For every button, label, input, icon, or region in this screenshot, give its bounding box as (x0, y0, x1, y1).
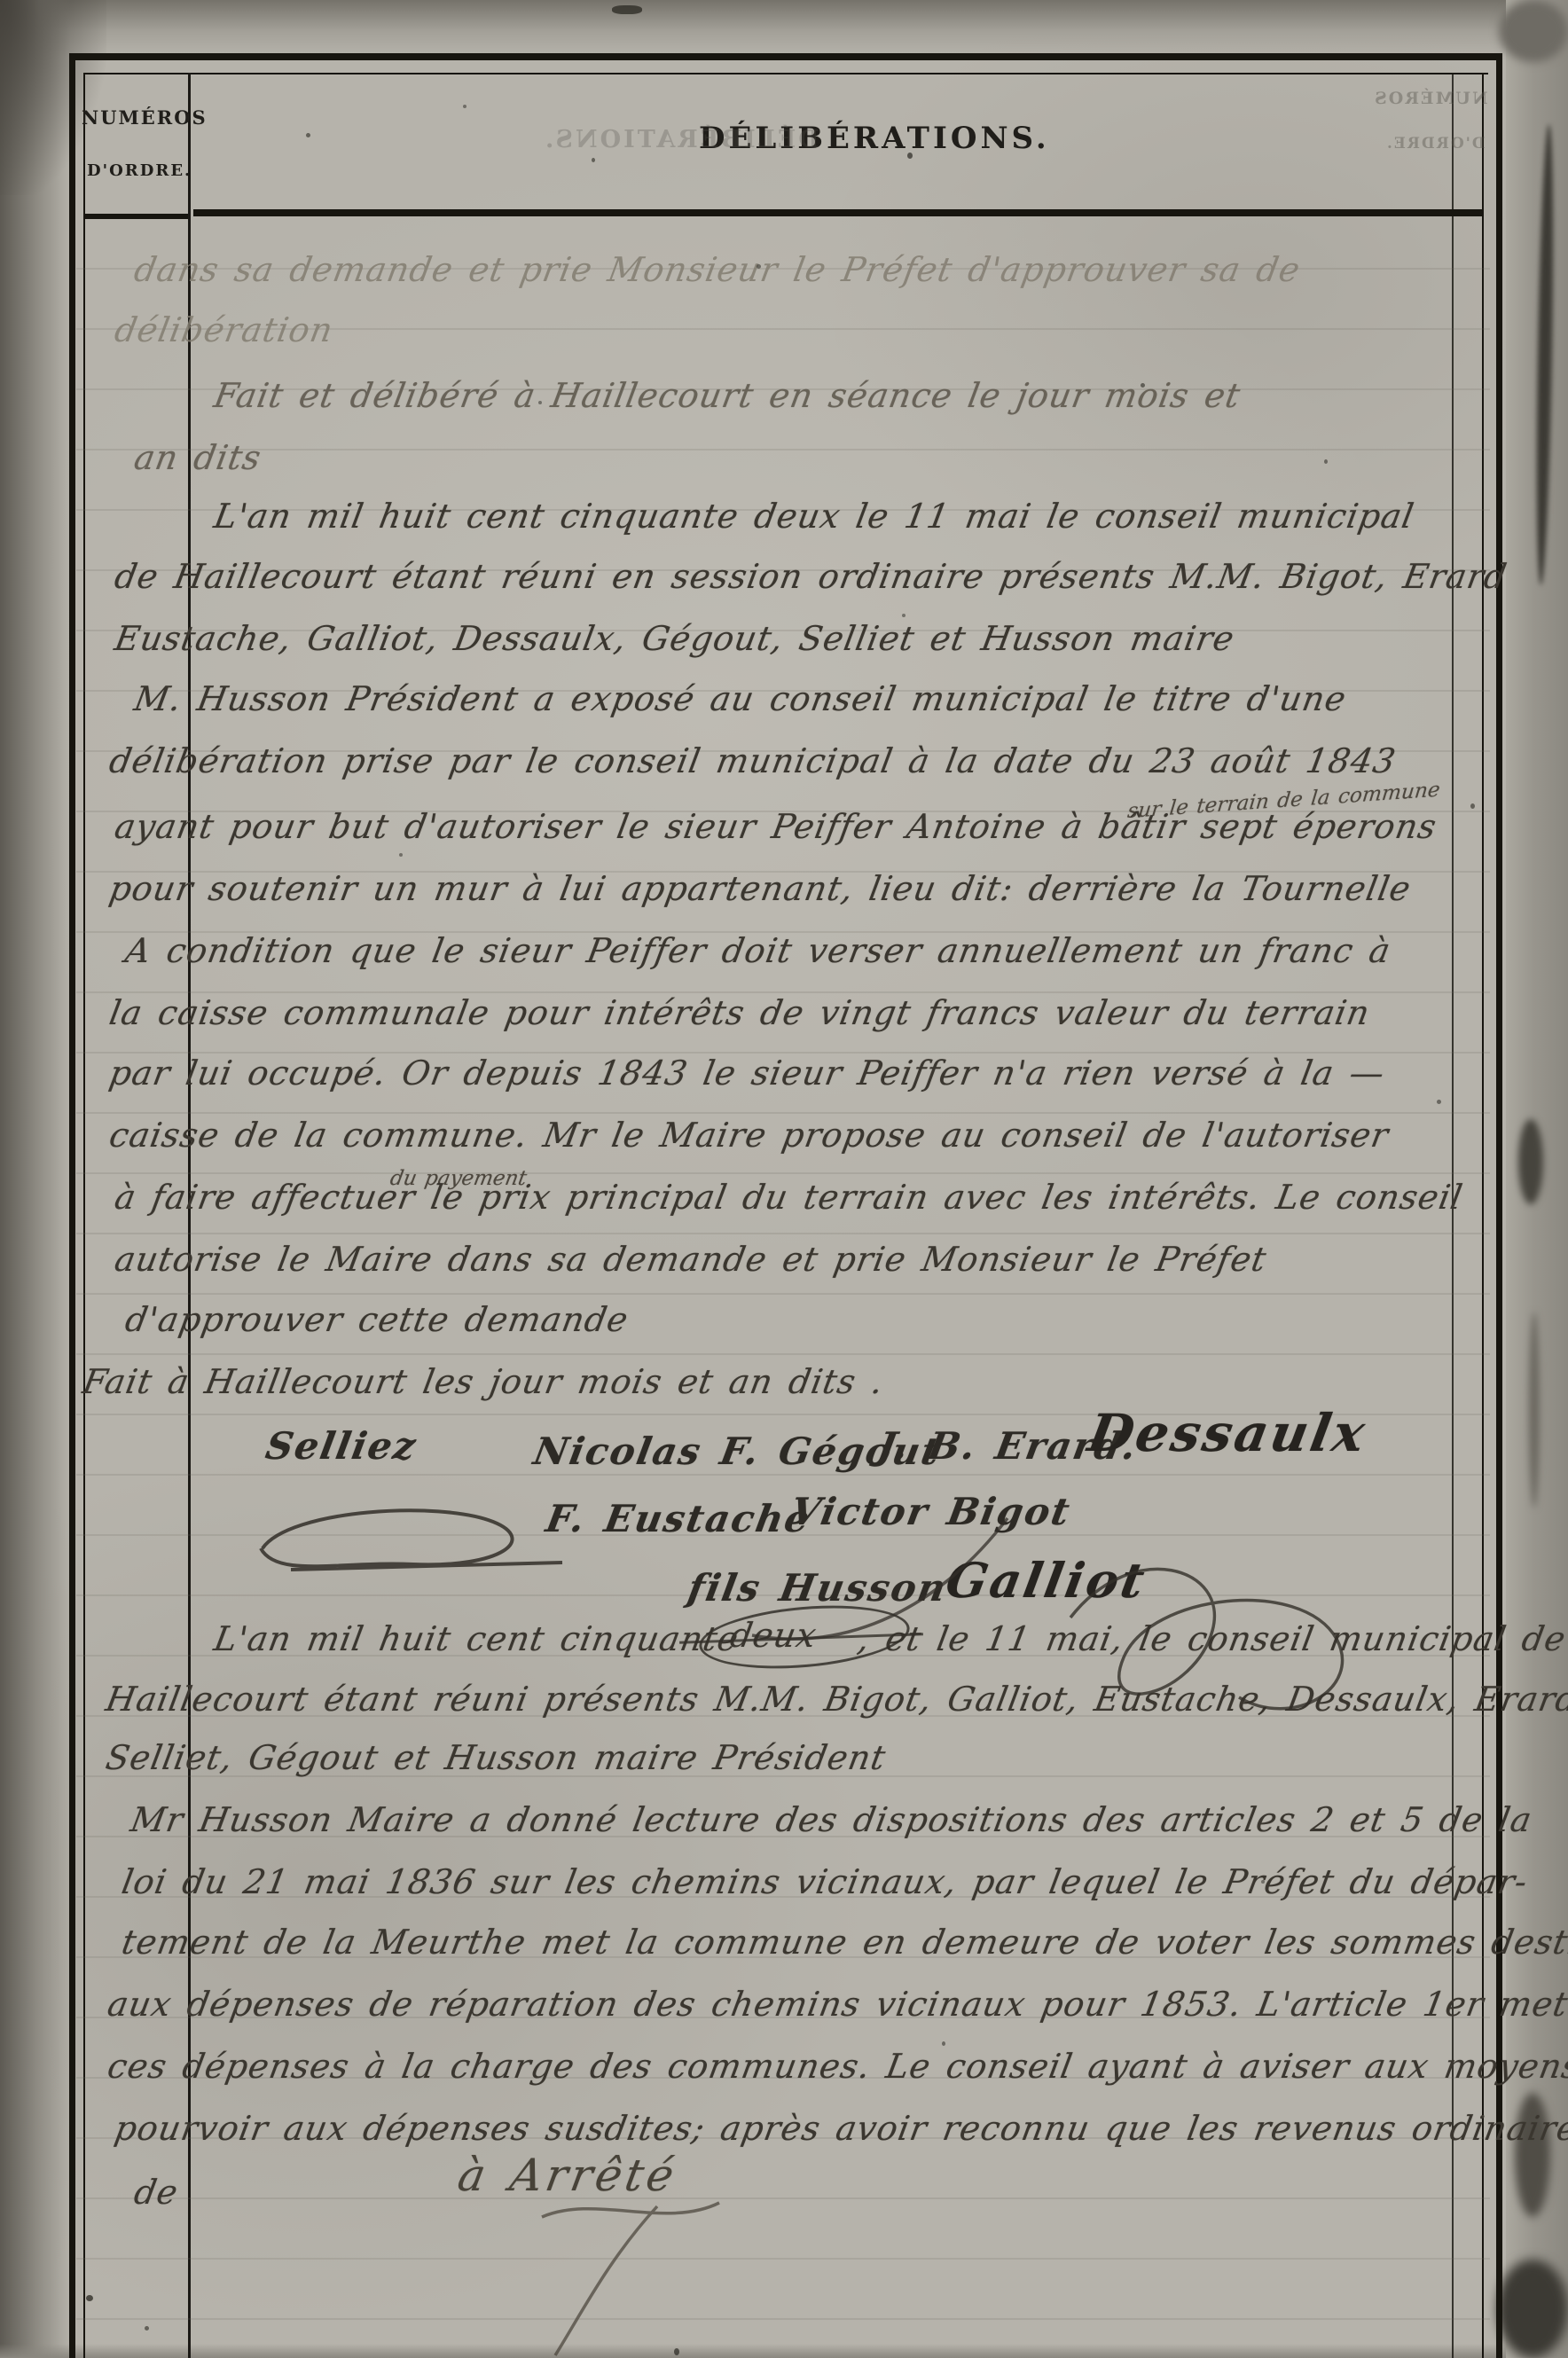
bleedthrough-numeros: NUMÉROS (1373, 89, 1488, 108)
signature-husson: fils Husson (685, 1566, 951, 1610)
edge-stain (1499, 0, 1568, 62)
manuscript-line: pourvoir aux dépenses susdites; après av… (112, 2109, 1568, 2148)
signature-selliez: Selliez (263, 1424, 420, 1468)
closing-arrete: à Arrêté (454, 2150, 681, 2201)
order-column-label-line2: D'ORDRE. (87, 161, 192, 180)
manuscript-line: à faire affectuer le prix principal du t… (112, 1178, 1466, 1217)
ink-speck (306, 133, 310, 137)
signature-dessaulx: Dessaulx (1084, 1403, 1372, 1463)
manuscript-line: caisse de la commune. Mr le Maire propos… (106, 1116, 1392, 1155)
manuscript-line: la caisse communale pour intérêts de vin… (106, 993, 1373, 1032)
manuscript-line: de Haillecourt étant réuni en session or… (112, 557, 1510, 596)
ink-speck (1324, 459, 1328, 464)
ink-speck (463, 105, 466, 108)
edge-stain (1518, 1119, 1543, 1204)
manuscript-line: M. Husson Président a exposé au conseil … (131, 679, 1350, 718)
manuscript-line: pour soutenir un mur à lui appartenant, … (106, 869, 1415, 908)
manuscript-line: ces dépenses à la charge des communes. L… (105, 2047, 1568, 2086)
manuscript-line: délibération prise par le conseil munici… (106, 741, 1399, 780)
ink-speck (399, 853, 403, 857)
frame-top-inner (83, 73, 1488, 74)
ink-speck (592, 158, 595, 162)
manuscript-line: loi du 21 mai 1836 sur les chemins vicin… (119, 1862, 1531, 1901)
edge-stain (1533, 124, 1556, 585)
frame-left-inner (83, 73, 85, 2358)
header-rule-column (83, 214, 188, 219)
manuscript-line: délibération (112, 310, 336, 349)
edge-stain (1529, 1312, 1540, 1508)
ink-speck (942, 2041, 945, 2046)
manuscript-line: Mr Husson Maire a donné lecture des disp… (128, 1800, 1535, 1839)
ink-speck (1437, 1100, 1441, 1104)
ink-speck (145, 2326, 149, 2331)
ink-speck (612, 5, 642, 14)
paper-shadow-left (0, 0, 71, 2358)
bleedthrough-ordre: D'ORDRE. (1385, 135, 1486, 153)
frame-left-outer (69, 53, 75, 2358)
bleedthrough-title: DÉLIBÉRATIONS. (543, 126, 819, 153)
signature-eustache: F. Eustache (543, 1497, 814, 1540)
signature-flourish-selliez (238, 1493, 575, 1591)
register-page: NUMÉROS D'ORDRE. DÉLIBÉRATIONS. DÉLIBÉRA… (0, 0, 1568, 2358)
manuscript-line: , et le 11 mai, le conseil municipal de (855, 1619, 1568, 1658)
signature-bigot: Victor Bigot (788, 1490, 1074, 1533)
manuscript-line: de (131, 2173, 182, 2212)
manuscript-line: L'an mil huit cent cinquante deux le 11 … (211, 497, 1417, 536)
manuscript-line: Eustache, Galliot, Dessaulx, Gégout, Sel… (112, 619, 1238, 658)
manuscript-line: par lui occupé. Or depuis 1843 le sieur … (106, 1054, 1388, 1093)
arrete-flourish (493, 2180, 724, 2358)
paper-shadow-top (0, 0, 1568, 57)
ink-speck (1470, 803, 1475, 809)
manuscript-line: Selliet, Gégout et Husson maire Présiden… (103, 1738, 889, 1777)
manuscript-line: Fait et délibéré à Haillecourt en séance… (211, 376, 1243, 415)
manuscript-line: autorise le Maire dans sa demande et pri… (112, 1240, 1270, 1279)
manuscript-line: tement de la Meurthe met la commune en d… (119, 1923, 1568, 1962)
order-column-label-line1: NUMÉROS (82, 106, 208, 129)
manuscript-line: aux dépenses de réparation des chemins v… (105, 1985, 1568, 2024)
manuscript-line: dans sa demande et prie Monsieur le Préf… (131, 250, 1304, 289)
frame-top-outer (69, 53, 1502, 60)
manuscript-line: d'approuver cette demande (122, 1300, 631, 1339)
manuscript-line: Fait à Haillecourt les jour mois et an d… (80, 1362, 887, 1401)
manuscript-line: Haillecourt étant réuni présents M.M. Bi… (103, 1680, 1568, 1719)
ink-speck (902, 614, 906, 617)
ink-speck (86, 2295, 93, 2301)
signature-galliot: Galliot (942, 1552, 1151, 1609)
manuscript-line: A condition que le sieur Peiffer doit ve… (122, 931, 1394, 970)
manuscript-line: L'an mil huit cent cinquante (211, 1619, 742, 1658)
manuscript-line: an dits (131, 438, 264, 477)
header-rule-main (193, 209, 1482, 216)
edge-stain (1497, 2260, 1568, 2358)
manuscript-line: ayant pour but d'autoriser le sieur Peif… (112, 807, 1440, 846)
ink-speck (674, 2348, 679, 2355)
paper-shadow-bottom (0, 2344, 1568, 2358)
